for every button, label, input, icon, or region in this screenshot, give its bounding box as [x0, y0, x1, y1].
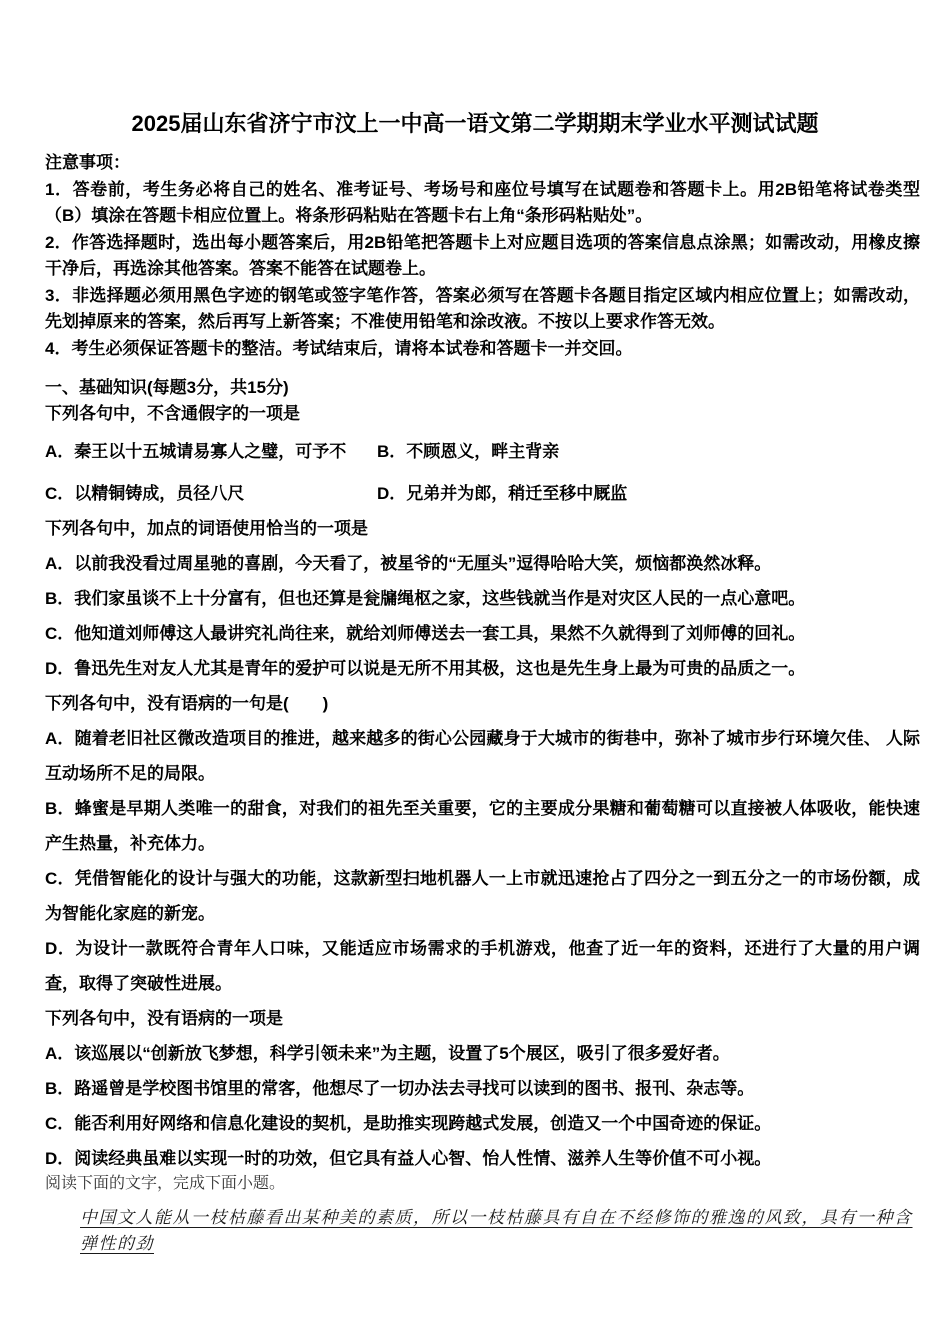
notice-section: 注意事项： 1．答卷前，考生务必将自己的姓名、准考证号、考场号和座位号填写在试题…	[45, 150, 920, 362]
question-1-option-d: D．兄弟并为郎，稍迁至移中厩监	[377, 484, 627, 503]
question-2-stem: 下列各句中，加点的词语使用恰当的一项是	[45, 511, 920, 546]
question-4-option-a: A．该巡展以“创新放飞梦想，科学引领未来”为主题，设置了5个展区，吸引了很多爱好…	[45, 1036, 920, 1071]
notice-item-2: 2．作答选择题时，选出每小题答案后，用2B铅笔把答题卡上对应题目选项的答案信息点…	[45, 230, 920, 283]
notice-heading: 注意事项：	[45, 150, 920, 177]
question-1-options-row-2: C．以精铜铸成，员径八尺D．兄弟并为郎，稍迁至移中厩监	[45, 476, 920, 511]
question-3-option-b: B．蜂蜜是早期人类唯一的甜食，对我们的祖先至关重要，它的主要成分果糖和葡萄糖可以…	[45, 791, 920, 861]
reading-passage-first-line: 中国文人能从一枝枯藤看出某种美的素质，所以一枝枯藤具有自在不经修饰的雅逸的风致，…	[45, 1205, 920, 1257]
question-3-stem: 下列各句中，没有语病的一句是( )	[45, 686, 920, 721]
question-1-option-c: C．以精铜铸成，员径八尺	[45, 476, 377, 511]
exam-document-page: 2025届山东省济宁市汶上一中高一语文第二学期期末学业水平测试试题 注意事项： …	[0, 0, 950, 1344]
notice-item-1: 1．答卷前，考生务必将自己的姓名、准考证号、考场号和座位号填写在试题卷和答题卡上…	[45, 177, 920, 230]
question-4-option-b: B．路遥曾是学校图书馆里的常客，他想尽了一切办法去寻找可以读到的图书、报刊、杂志…	[45, 1071, 920, 1106]
question-1-option-a: A．秦王以十五城请易寡人之璧，可予不	[45, 434, 377, 469]
notice-item-4: 4．考生必须保证答题卡的整洁。考试结束后，请将本试卷和答题卡一并交回。	[45, 336, 920, 363]
question-4-option-c: C．能否利用好网络和信息化建设的契机，是助推实现跨越式发展，创造又一个中国奇迹的…	[45, 1106, 920, 1141]
question-3-option-d: D．为设计一款既符合青年人口味，又能适应市场需求的手机游戏，他查了近一年的资料，…	[45, 931, 920, 1001]
question-3-option-c: C．凭借智能化的设计与强大的功能，这款新型扫地机器人一上市就迅速抢占了四分之一到…	[45, 861, 920, 931]
question-2-option-d: D．鲁迅先生对友人尤其是青年的爱护可以说是无所不用其极，这也是先生身上最为可贵的…	[45, 651, 920, 686]
question-3-option-a: A．随着老旧社区微改造项目的推进，越来越多的街心公园藏身于大城市的街巷中，弥补了…	[45, 721, 920, 791]
reading-section: 阅读下面的文字，完成下面小题。 中国文人能从一枝枯藤看出某种美的素质，所以一枝枯…	[45, 1171, 920, 1257]
question-1-stem: 下列各句中，不含通假字的一项是	[45, 401, 920, 427]
question-4-stem: 下列各句中，没有语病的一项是	[45, 1001, 920, 1036]
question-1-options-row-1: A．秦王以十五城请易寡人之璧，可予不B．不顾恩义，畔主背亲	[45, 434, 920, 469]
underlined-passage-text: 中国文人能从一枝枯藤看出某种美的素质，所以一枝枯藤具有自在不经修饰的雅逸的风致，…	[80, 1208, 913, 1253]
section-heading: 一、基础知识(每题3分，共15分)	[45, 375, 920, 401]
question-2-option-c: C．他知道刘师傅这人最讲究礼尚往来，就给刘师傅送去一套工具，果然不久就得到了刘师…	[45, 616, 920, 651]
section-basic-knowledge: 一、基础知识(每题3分，共15分) 下列各句中，不含通假字的一项是 A．秦王以十…	[45, 375, 920, 1176]
question-2-option-a: A．以前我没看过周星驰的喜剧，今天看了，被星爷的“无厘头”逗得哈哈大笑，烦恼都涣…	[45, 546, 920, 581]
question-1-option-b: B．不顾恩义，畔主背亲	[377, 442, 559, 461]
question-2-option-b: B．我们家虽谈不上十分富有，但也还算是瓮牖绳枢之家，这些钱就当作是对灾区人民的一…	[45, 581, 920, 616]
document-title: 2025届山东省济宁市汶上一中高一语文第二学期期末学业水平测试试题	[0, 110, 950, 138]
notice-item-3: 3．非选择题必须用黑色字迹的钢笔或签字笔作答，答案必须写在答题卡各题目指定区域内…	[45, 283, 920, 336]
